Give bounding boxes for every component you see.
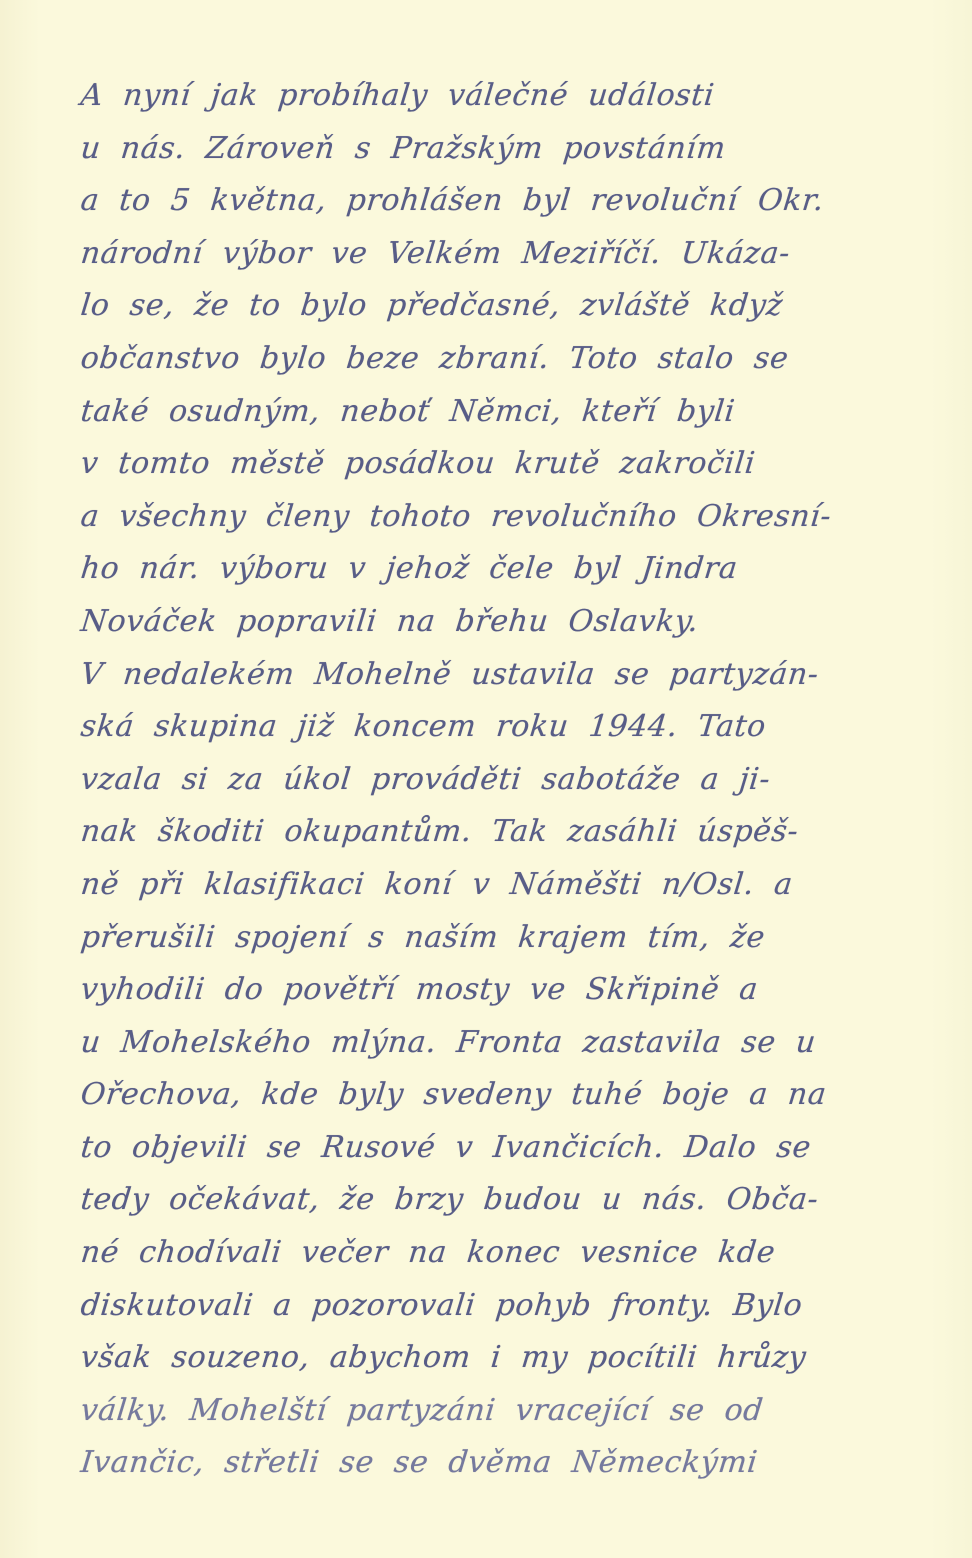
text-line: nak škoditi okupantům. Tak zasáhli úspěš… bbox=[78, 806, 904, 859]
text-line: lo se, že to bylo předčasné, zvláště kdy… bbox=[78, 280, 904, 333]
text-line: Ivančic, střetli se se dvěma Německými bbox=[78, 1437, 904, 1490]
text-line: vyhodili do povětří mosty ve Skřipině a bbox=[78, 964, 904, 1017]
text-line: války. Mohelští partyzáni vracející se o… bbox=[78, 1385, 904, 1438]
text-line: však souzeno, abychom i my pocítili hrůz… bbox=[78, 1332, 904, 1385]
text-line: ská skupina již koncem roku 1944. Tato bbox=[78, 701, 904, 754]
manuscript-page: A nyní jak probíhaly válečné události u … bbox=[0, 0, 972, 1558]
text-line: přerušili spojení s naším krajem tím, že bbox=[78, 912, 904, 965]
text-line: ně při klasifikaci koní v Náměšti n/Osl.… bbox=[78, 859, 904, 912]
text-line: Ořechova, kde byly svedeny tuhé boje a n… bbox=[78, 1069, 904, 1122]
text-line: národní výbor ve Velkém Meziříčí. Ukáza- bbox=[78, 228, 904, 281]
text-line: u nás. Zároveň s Pražským povstáním bbox=[78, 123, 904, 176]
text-line: občanstvo bylo beze zbraní. Toto stalo s… bbox=[78, 333, 904, 386]
text-line: také osudným, neboť Němci, kteří byli bbox=[78, 386, 904, 439]
text-line: ho nár. výboru v jehož čele byl Jindra bbox=[78, 543, 904, 596]
text-line: né chodívali večer na konec vesnice kde bbox=[78, 1227, 904, 1280]
text-line: A nyní jak probíhaly válečné události bbox=[78, 70, 904, 123]
text-line: vzala si za úkol prováděti sabotáže a ji… bbox=[78, 754, 904, 807]
text-line: Nováček popravili na břehu Oslavky. bbox=[78, 596, 904, 649]
text-line: tedy očekávat, že brzy budou u nás. Obča… bbox=[78, 1174, 904, 1227]
text-line: v tomto městě posádkou krutě zakročili bbox=[78, 438, 904, 491]
handwritten-text-block: A nyní jak probíhaly válečné události u … bbox=[78, 70, 898, 1490]
text-line: a to 5 května, prohlášen byl revoluční O… bbox=[78, 175, 904, 228]
text-line: to objevili se Rusové v Ivančicích. Dalo… bbox=[78, 1122, 904, 1175]
text-line: V nedalekém Mohelně ustavila se partyzán… bbox=[78, 649, 904, 702]
text-line: diskutovali a pozorovali pohyb fronty. B… bbox=[78, 1280, 904, 1333]
text-line: u Mohelského mlýna. Fronta zastavila se … bbox=[78, 1017, 904, 1070]
text-line: a všechny členy tohoto revolučního Okres… bbox=[78, 491, 904, 544]
